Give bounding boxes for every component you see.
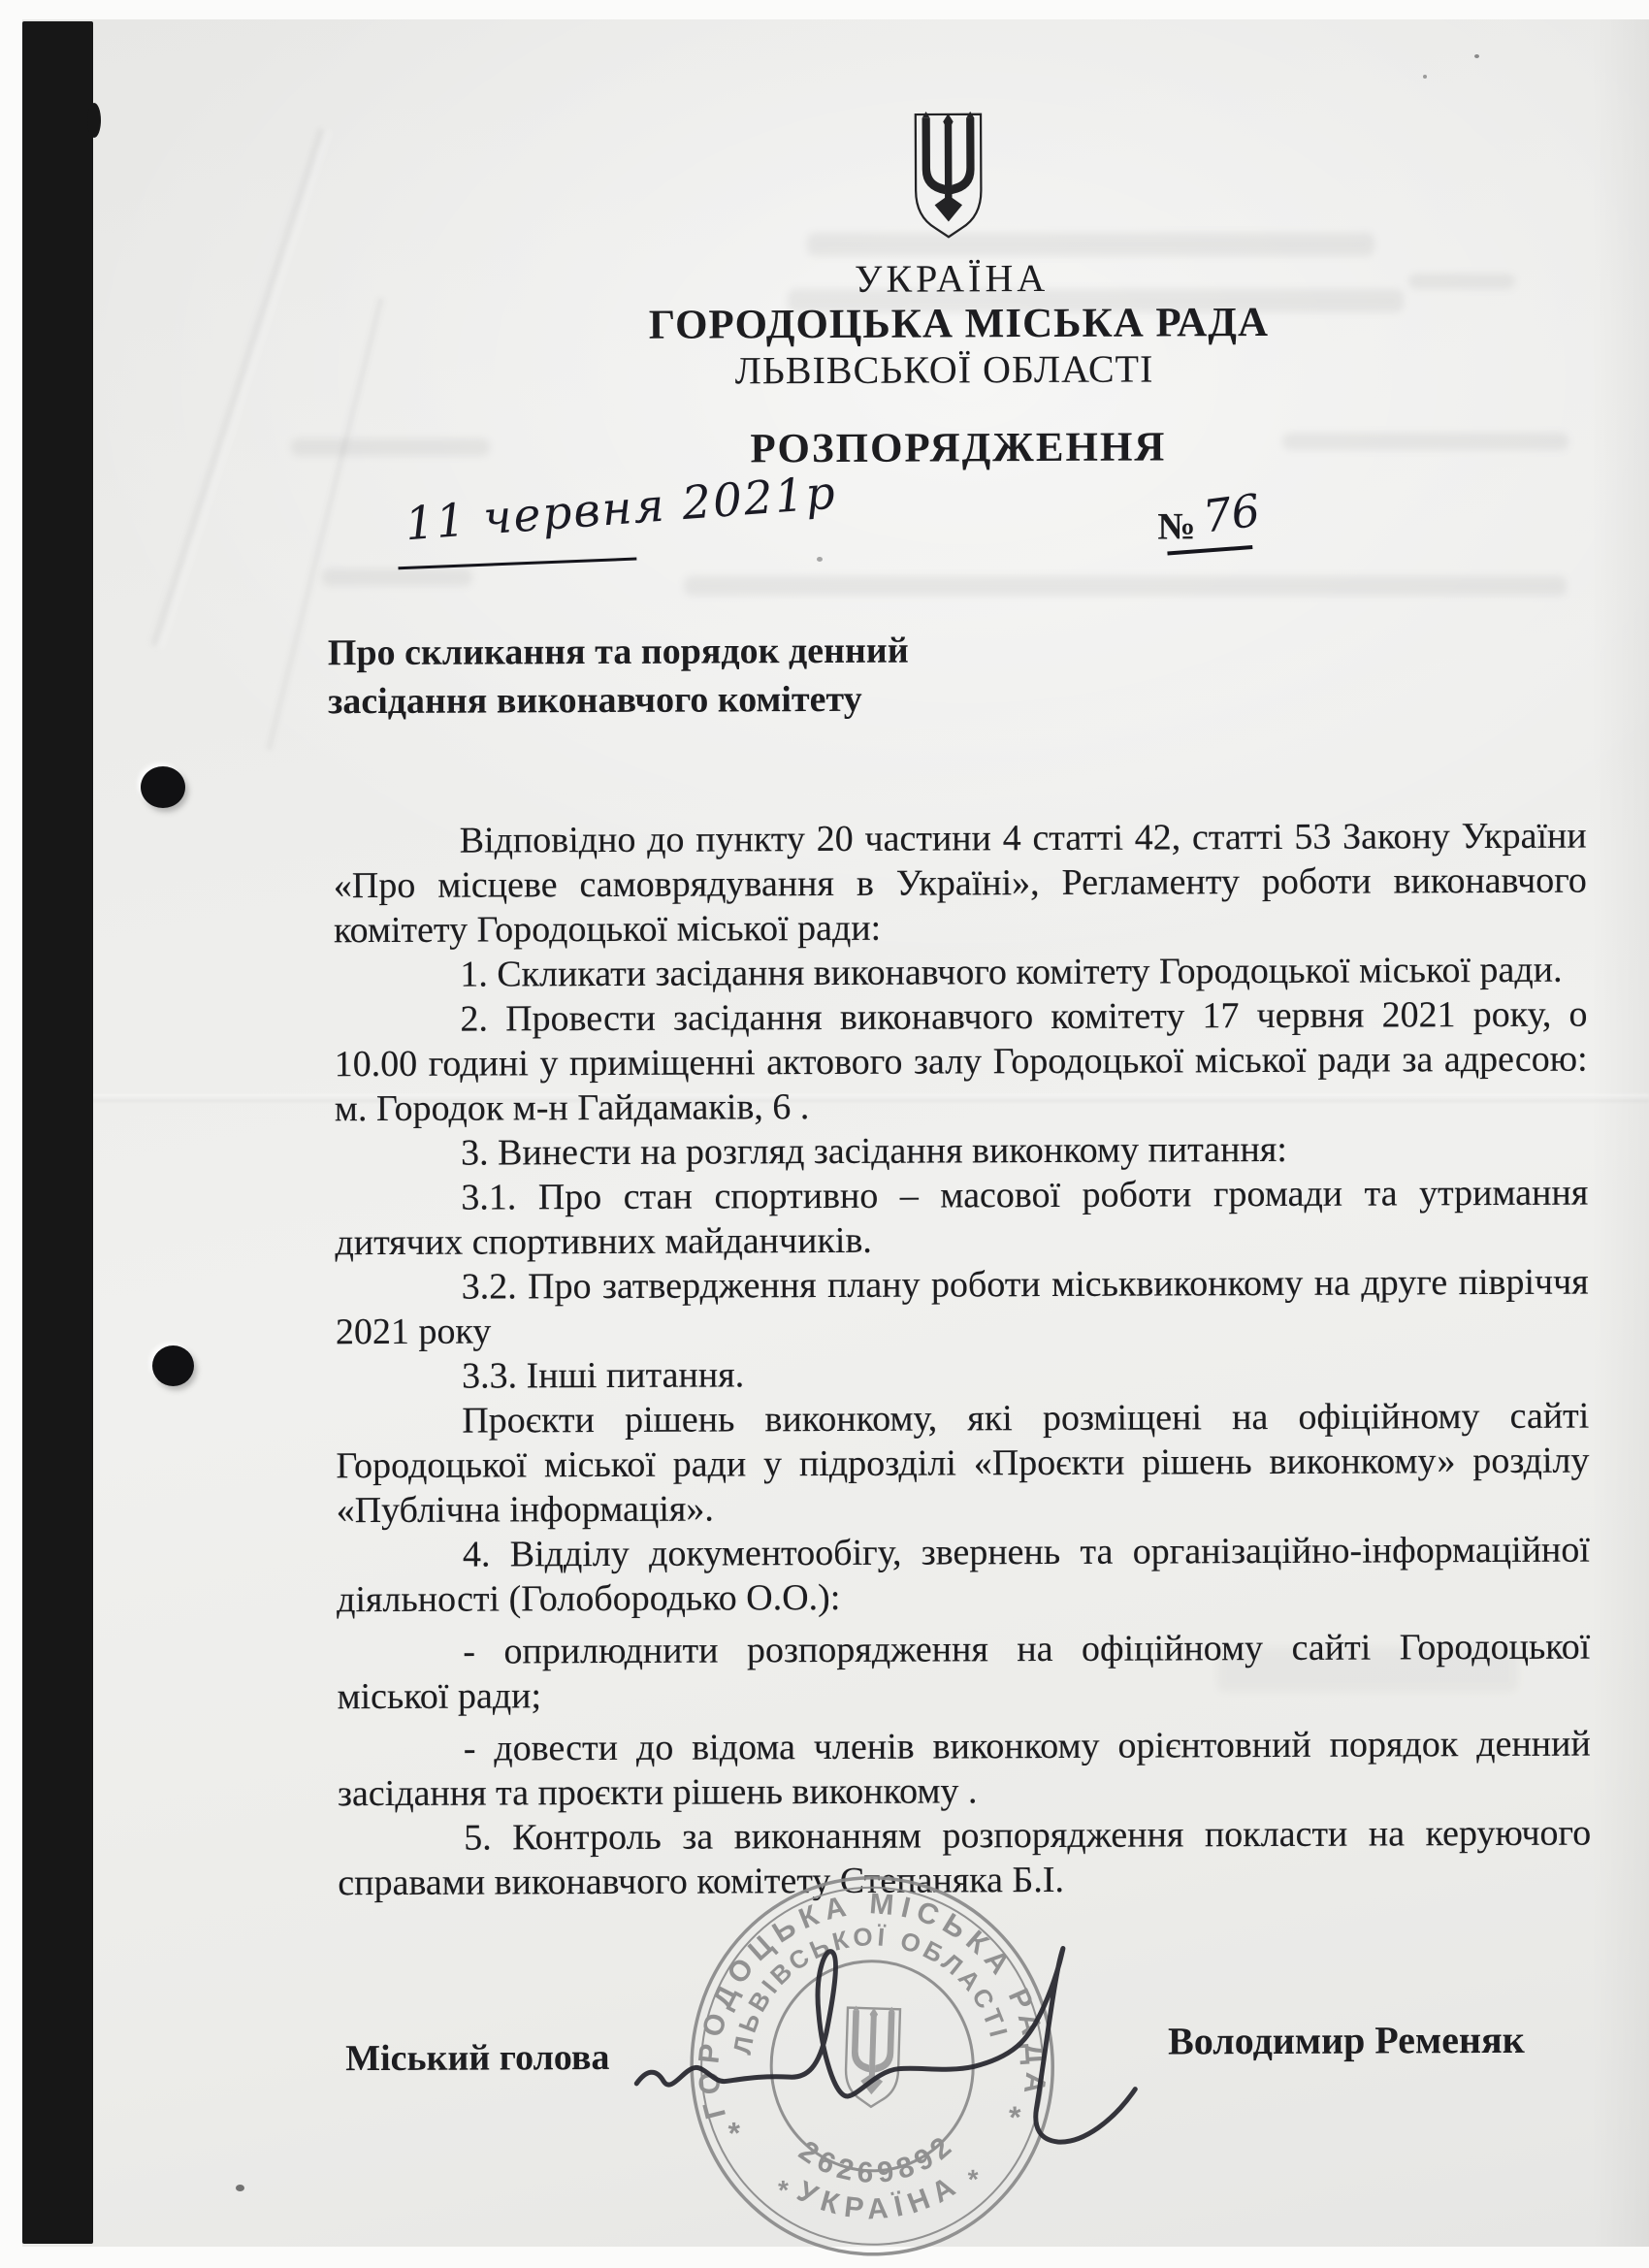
letterhead-council-name: ГОРОДОЦЬКА МІСЬКА РАДА (649, 299, 1269, 349)
letterhead-region: ЛЬВІВСЬКОЇ ОБЛАСТІ (735, 346, 1154, 394)
date-underline (398, 558, 636, 570)
signature-stroke (636, 1948, 1136, 2144)
ink-signature (585, 1895, 1226, 2198)
letterhead-country: УКРАЇНА (855, 255, 1049, 302)
body-paragraph: Відповідно до пункту 20 частини 4 статті… (334, 814, 1588, 954)
body-paragraph: 3.3. Інші питання. (336, 1349, 1589, 1400)
body-paragraph: 2. Провести засідання виконавчого коміте… (334, 992, 1588, 1132)
document-number-label: № (1157, 504, 1195, 548)
handwritten-document-number: 76 (1200, 484, 1263, 543)
document-body: Відповідно до пункту 20 частини 4 статті… (334, 814, 1592, 1906)
subject-line: Про скликання та порядок денний (328, 627, 909, 678)
signer-position-title: Міський голова (345, 2036, 609, 2080)
body-paragraph: 3.2. Про затвердження плану роботи міськ… (336, 1260, 1589, 1355)
body-paragraph: - оприлюднити розпорядження на офіційном… (337, 1625, 1590, 1720)
ukraine-trident-icon (903, 110, 993, 247)
scanned-document-page: УКРАЇНА ГОРОДОЦЬКА МІСЬКА РАДА ЛЬВІВСЬКО… (0, 0, 1649, 2268)
body-paragraph: 3. Винести на розгляд засідання виконком… (335, 1126, 1588, 1177)
document-subject: Про скликання та порядок денний засіданн… (328, 627, 909, 727)
body-paragraph: 4. Відділу документообігу, звернень та о… (337, 1528, 1590, 1623)
body-paragraph: - довести до відома членів виконкому орі… (338, 1722, 1591, 1817)
handwritten-date: 11 червня 2021р (404, 466, 839, 551)
subject-line: засідання виконавчого комітету (328, 675, 909, 727)
body-paragraph: Проєкти рішень виконкому, які розміщені … (336, 1394, 1590, 1534)
body-paragraph: 3.1. Про стан спортивно – масової роботи… (335, 1171, 1588, 1266)
body-paragraph: 1. Скликати засідання виконавчого коміте… (334, 948, 1587, 998)
document-type-title: РОЗПОРЯДЖЕННЯ (750, 423, 1166, 472)
